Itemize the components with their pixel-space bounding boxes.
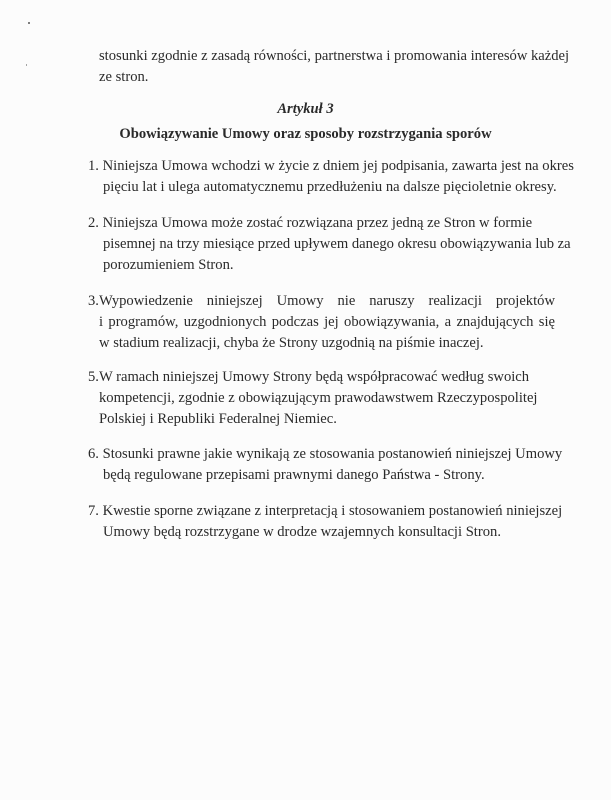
item-3-line-1: 3.Wypowiedzenie niniejszej Umowy nie nar… — [88, 292, 555, 310]
item-2-line-2: pisemnej na trzy miesiące przed upływem … — [103, 235, 571, 253]
item-1-line-1: 1. Niniejsza Umowa wchodzi w życie z dni… — [88, 157, 574, 175]
item-7-line-1: 7. Kwestie sporne związane z interpretac… — [88, 502, 562, 520]
scan-speck — [26, 64, 27, 66]
article-heading: Obowiązywanie Umowy oraz sposoby rozstrz… — [0, 125, 611, 143]
continuation-line-2: ze stron. — [99, 68, 148, 86]
scan-speck — [28, 22, 30, 24]
item-7-line-2: Umowy będą rozstrzygane w drodze wzajemn… — [103, 523, 501, 541]
item-2-line-3: porozumieniem Stron. — [103, 256, 234, 274]
item-3-line-2: i programów, uzgodnionych podczas jej ob… — [99, 313, 555, 331]
article-title: Artykuł 3 — [0, 100, 611, 118]
continuation-line-1: stosunki zgodnie z zasadą równości, part… — [99, 47, 569, 65]
item-1-line-2: pięciu lat i ulega automatycznemu przedł… — [103, 178, 557, 196]
item-5-line-3: Polskiej i Republiki Federalnej Niemiec. — [99, 410, 337, 428]
item-5-line-1: 5.W ramach niniejszej Umowy Strony będą … — [88, 368, 529, 386]
item-2-line-1: 2. Niniejsza Umowa może zostać rozwiązan… — [88, 214, 532, 232]
item-6-line-1: 6. Stosunki prawne jakie wynikają ze sto… — [88, 445, 562, 463]
document-page: stosunki zgodnie z zasadą równości, part… — [0, 0, 611, 800]
item-6-line-2: będą regulowane przepisami prawnymi dane… — [103, 466, 485, 484]
item-3-line-3: w stadium realizacji, chyba że Strony uz… — [99, 334, 484, 352]
item-5-line-2: kompetencji, zgodnie z obowiązującym pra… — [99, 389, 537, 407]
